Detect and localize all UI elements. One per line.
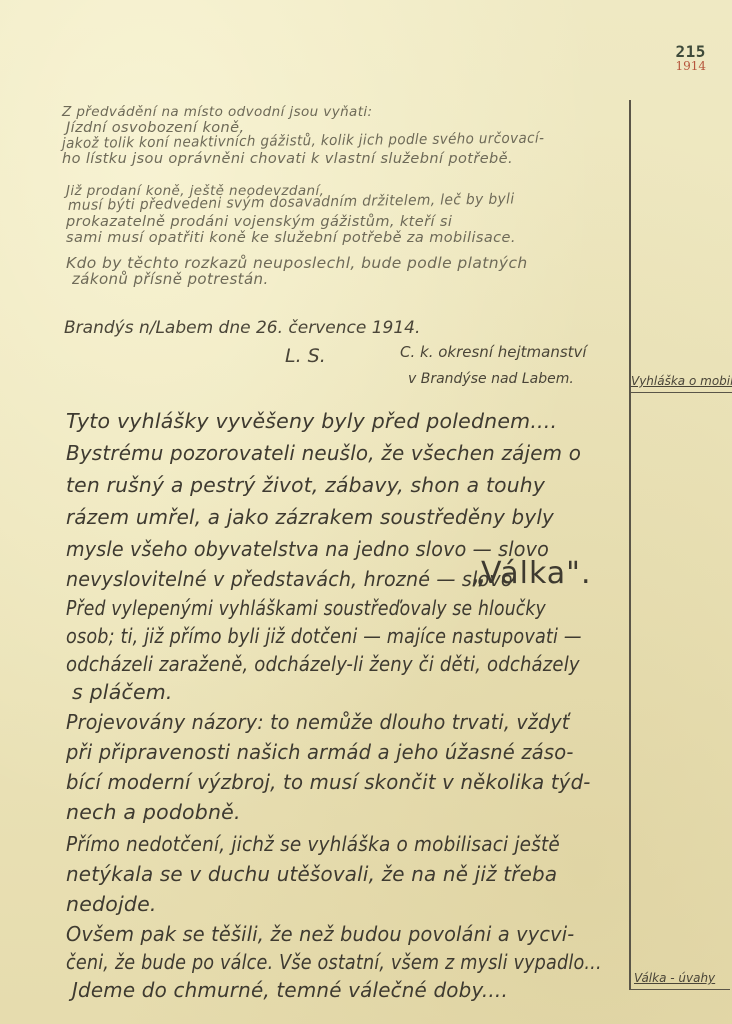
place-and-date: Brandýs n/Labem dne 26. července 1914.: [64, 318, 420, 338]
pencil-line: Z předvádění na místo odvodní jsou vyňat…: [62, 104, 373, 120]
folio-marker: 215 1914: [675, 44, 706, 73]
margin-note-rule: [630, 989, 730, 990]
body-line: Tyto vyhlášky vyvěšeny byly před poledne…: [66, 409, 557, 433]
body-line: čeni, že bude po válce. Vše ostatní, vše…: [66, 950, 602, 974]
body-line: Bystrému pozorovateli neušlo, že všechen…: [66, 441, 581, 465]
pencil-line: sami musí opatřiti koně ke služební potř…: [66, 230, 516, 246]
body-line: Před vylepenými vyhláškami soustřeďovaly…: [66, 596, 546, 620]
margin-note-mobilisation: Vyhláška o mobil.: [631, 374, 732, 388]
body-line: Jdeme do chmurné, temné válečné doby....: [72, 978, 508, 1002]
body-line: Přímo nedotčení, jichž se vyhláška o mob…: [66, 832, 560, 856]
body-line: nevyslovitelné v představách, hrozné — s…: [66, 567, 513, 591]
folio-year: 1914: [675, 60, 706, 73]
body-line: při připravenosti našich armád a jeho úž…: [66, 740, 574, 764]
seal-mark: L. S.: [285, 345, 326, 367]
authority-line: v Brandýse nad Labem.: [408, 371, 574, 387]
body-line: rázem umřel, a jako zázrakem soustředěny…: [66, 505, 554, 529]
pencil-line: ho lístku jsou oprávněni chovati k vlast…: [62, 151, 513, 167]
body-line: odcházeli zaraženě, odcházely-li ženy či…: [66, 652, 580, 676]
authority-line: C. k. okresní hejtmanství: [400, 343, 587, 361]
folio-number: 215: [675, 44, 706, 60]
body-line: Projevovány názory: to nemůže dlouho trv…: [66, 710, 569, 734]
body-line: s pláčem.: [72, 680, 173, 704]
body-line: osob; ti, již přímo byli již dotčeni — m…: [66, 624, 582, 648]
margin-note-rule: [630, 392, 732, 393]
body-line: netýkala se v duchu utěšovali, že na ně …: [66, 862, 557, 886]
margin-divider-line: [629, 100, 631, 990]
pencil-line: prokazatelně prodáni vojenským gážistům,…: [66, 214, 452, 230]
body-line: Ovšem pak se těšili, že než budou povolá…: [66, 922, 574, 946]
chronicle-page: 215 1914 Z předvádění na místo odvodní j…: [0, 0, 732, 1024]
margin-note-war-reflections: Válka - úvahy: [634, 971, 715, 985]
pencil-line: zákonů přísně potrestán.: [72, 270, 269, 288]
body-line: bící moderní výzbroj, to musí skončit v …: [66, 770, 591, 794]
body-line: ten rušný a pestrý život, zábavy, shon a…: [66, 473, 545, 497]
body-line: nedojde.: [66, 892, 157, 916]
highlighted-word-valka: „Válka".: [470, 556, 592, 591]
body-line: nech a podobně.: [66, 800, 241, 824]
